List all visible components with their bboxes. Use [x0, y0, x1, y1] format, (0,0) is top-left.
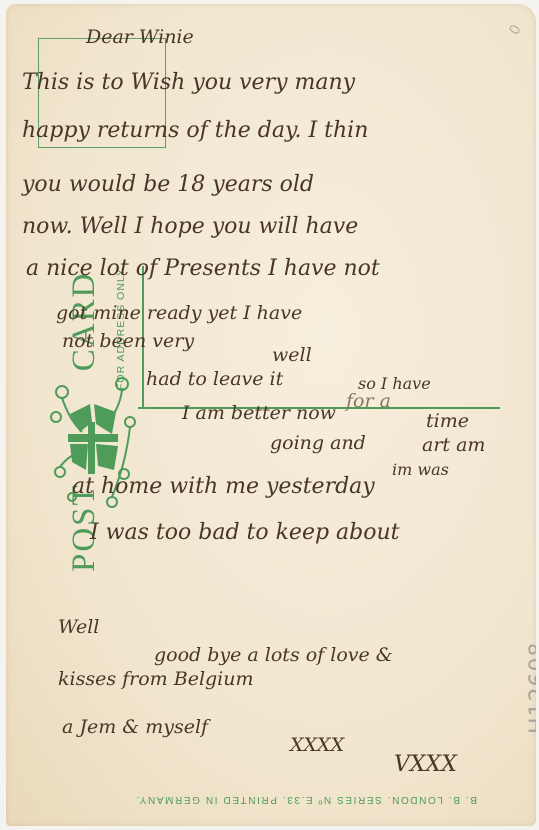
handwritten-line: happy returns of the day. I thin — [22, 118, 368, 143]
handwritten-line: going and — [270, 432, 366, 454]
printer-imprint: B. B. LONDON. SERIES Nº E.33. PRINTED IN… — [96, 794, 516, 805]
pencil-mark: 0 — [506, 22, 524, 38]
handwritten-line: not been very — [62, 330, 194, 352]
handwritten-line: im was — [392, 460, 449, 479]
handwritten-line: good bye a lots of love & — [154, 644, 393, 666]
handwritten-line: I was too bad to keep about — [90, 520, 400, 545]
kisses-marks: XXXX — [290, 734, 344, 756]
handwritten-line: kisses from Belgium — [58, 668, 254, 690]
handwritten-line: for a — [346, 390, 391, 412]
kisses-marks: VXXX — [394, 752, 457, 777]
archive-pencil-number: H12608 — [526, 641, 536, 734]
handwritten-line: you would be 18 years old — [22, 172, 314, 197]
handwritten-line: I am better now — [182, 402, 336, 424]
handwritten-line: well — [272, 344, 312, 366]
postcard: FOR ADDRESS ONLY POSTCARD B. B. LONDON. … — [6, 4, 536, 826]
handwritten-line: This is to Wish you very many — [22, 70, 355, 95]
handwritten-line: Dear Winie — [86, 26, 194, 48]
handwritten-line: a nice lot of Presents I have not — [26, 256, 380, 281]
handwritten-line: art am — [422, 434, 485, 456]
handwritten-line: got mine ready yet I have — [56, 302, 302, 324]
handwritten-line: time — [426, 410, 469, 432]
handwritten-line: now. Well I hope you will have — [22, 214, 358, 239]
handwritten-line: had to leave it — [146, 368, 283, 390]
handwritten-line: a Jem & myself — [62, 716, 208, 738]
handwritten-line: at home with me yesterday — [72, 474, 375, 499]
handwritten-line: Well — [58, 616, 99, 638]
